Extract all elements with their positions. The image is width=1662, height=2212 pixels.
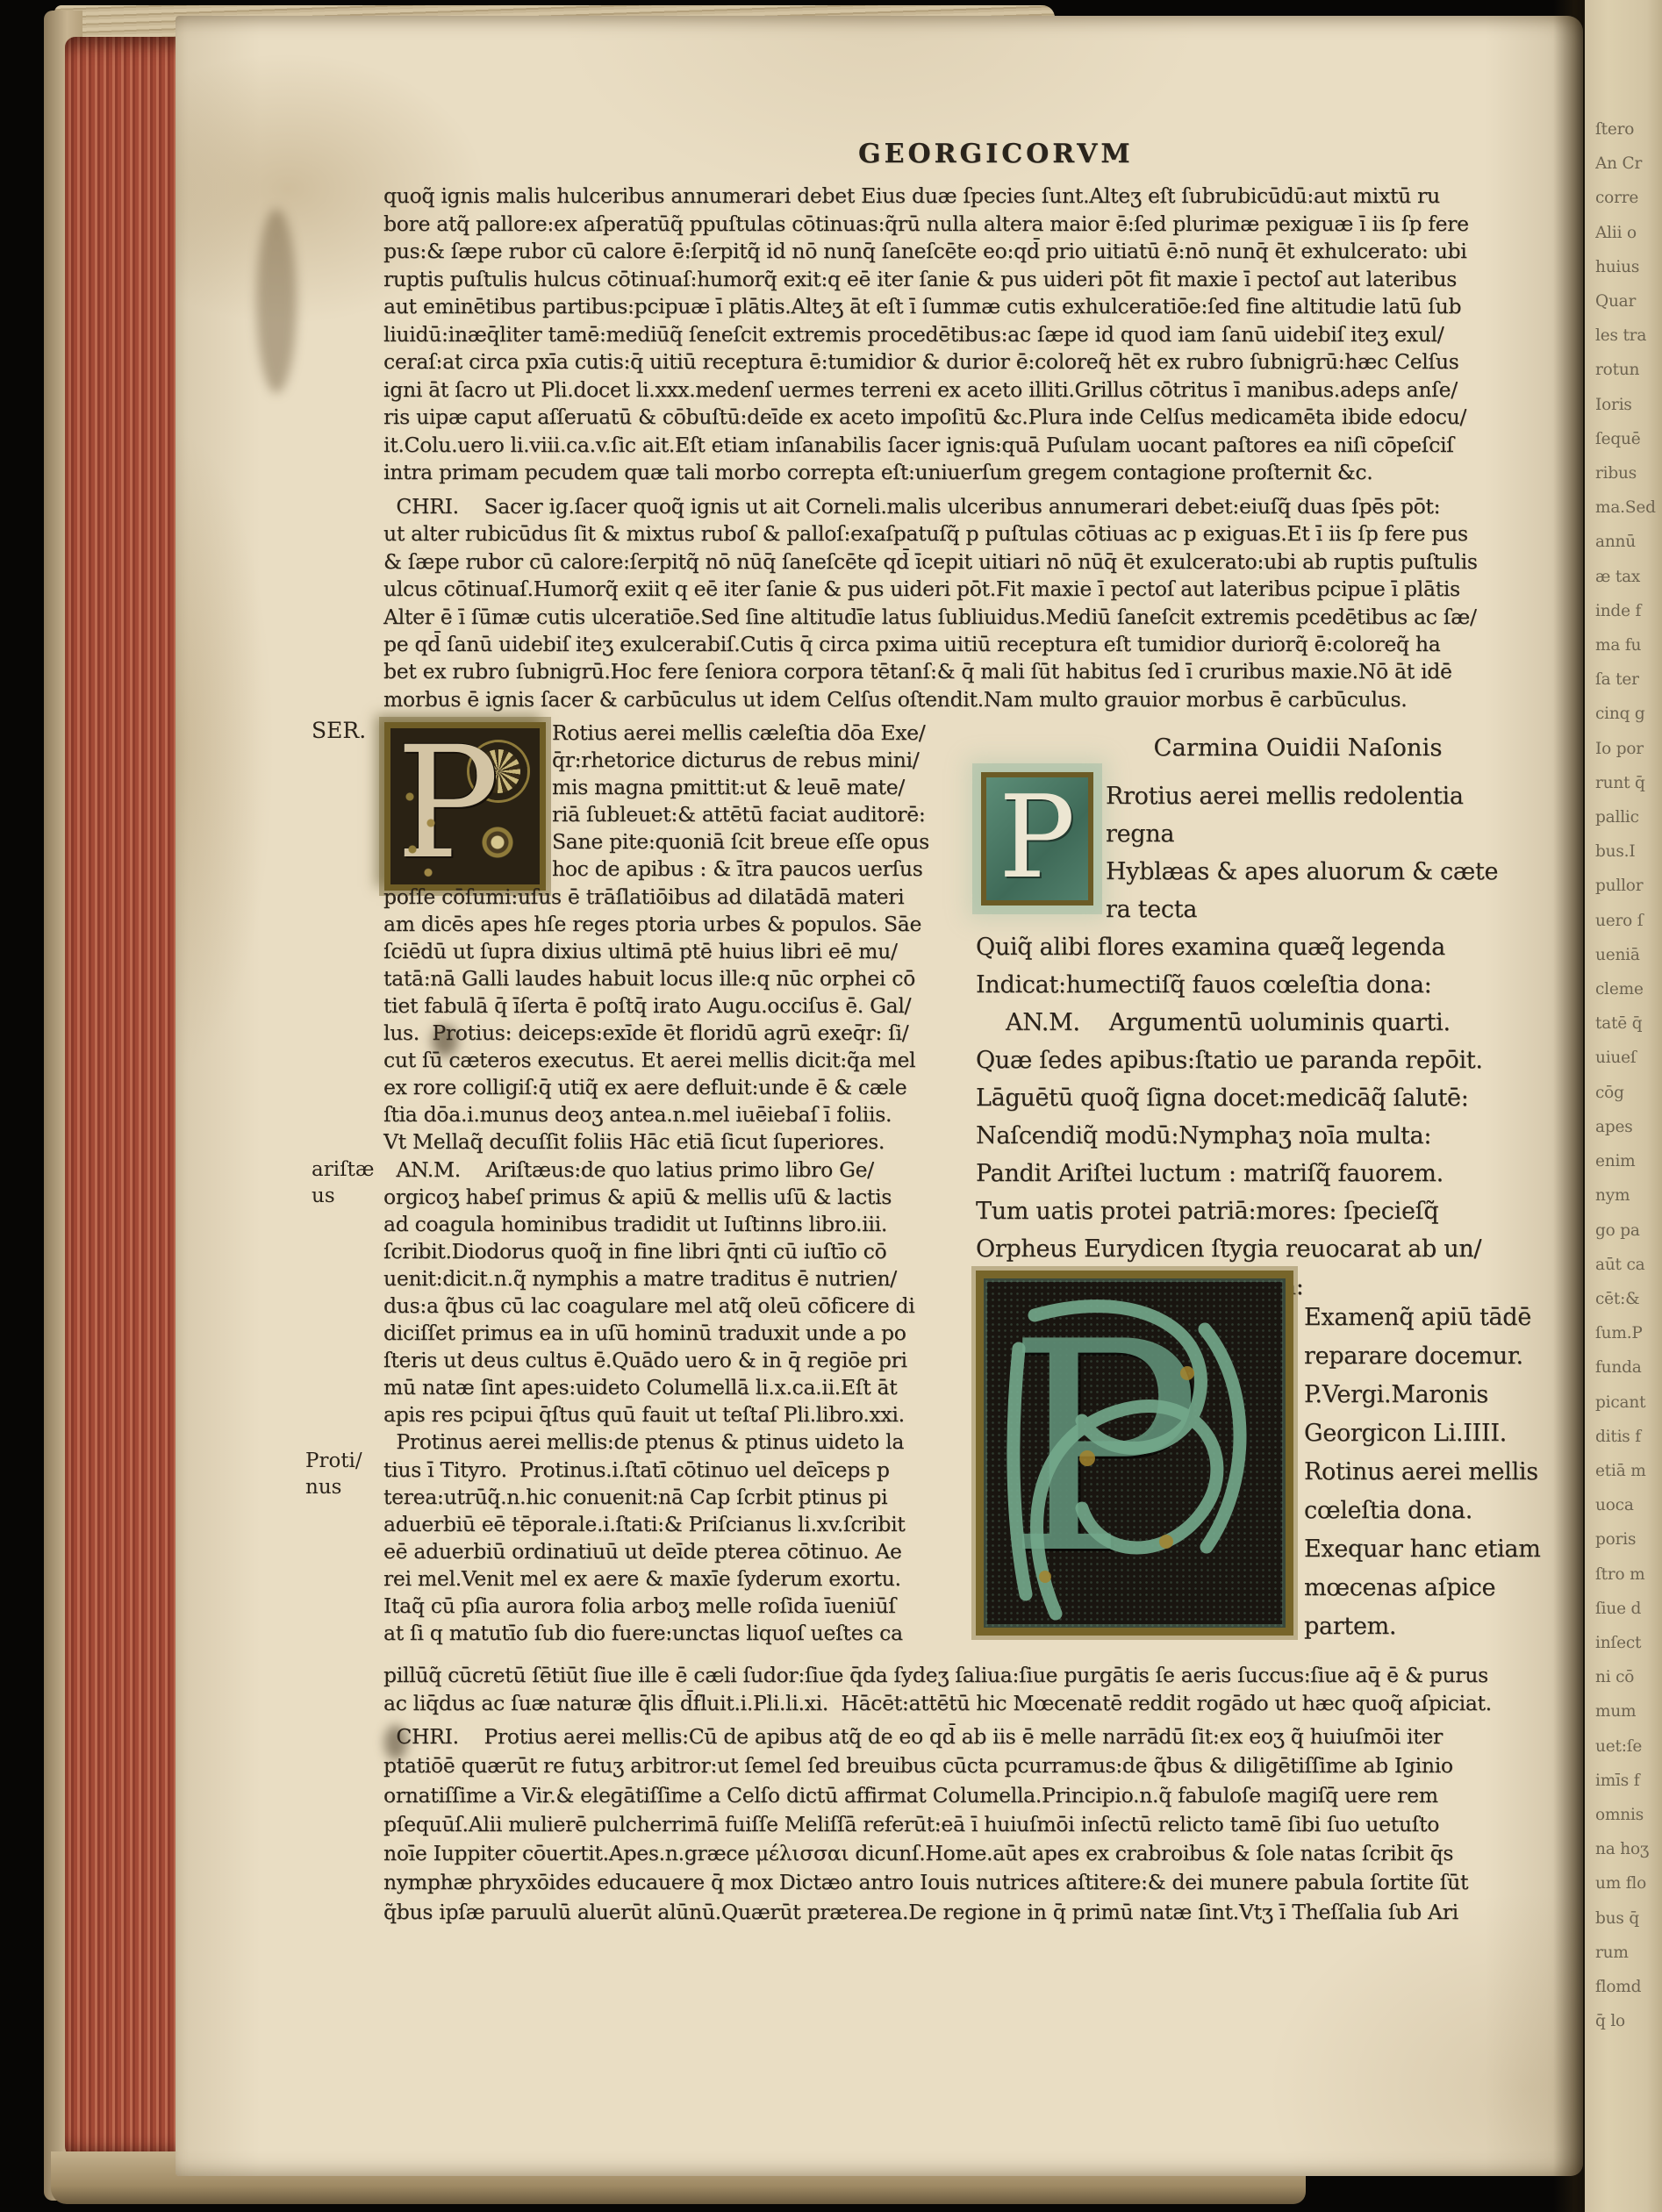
verse-line: mœcenas aſpice xyxy=(1304,1569,1585,1607)
text-line: Protinus aerei mellis:de ptenus & ptinus… xyxy=(383,1428,973,1456)
text-line: ris uipæ caput aſſeruatū & cōbuſtū:deīde… xyxy=(383,404,1573,432)
text-line: Sane pite:quoniā ſcit breue eſſe opus xyxy=(552,828,973,855)
verse-line: reparare docemur. xyxy=(1304,1337,1585,1376)
text-fragment: runt q̄ xyxy=(1595,766,1660,800)
text-fragment: ribus xyxy=(1595,456,1660,490)
commentary-block-chri-lower: CHRI. Protius aerei mellis:Cū de apibus … xyxy=(383,1722,1573,1927)
text-fragment: tatē q̄ xyxy=(1595,1006,1660,1041)
marginal-line: ariſtæ xyxy=(312,1156,374,1183)
text-fragment: Io por xyxy=(1595,732,1660,766)
text-line: eē aduerbiū ordinatiuū ut deīde pterea c… xyxy=(383,1538,973,1565)
text-line: ex rore colligiſ:q̄ utiq̃ ex aere deflui… xyxy=(383,1074,973,1101)
text-line: ruptis puſtulis hulcus cōtinuaſ:humorq̃ … xyxy=(383,266,1573,294)
text-fragment: ni cō xyxy=(1595,1660,1660,1694)
verse-line: ra tecta xyxy=(1106,891,1574,928)
text-line: tatā:nā Galli laudes habuit locus ille:q… xyxy=(383,965,973,992)
page-stain xyxy=(256,209,297,393)
text-line: AN.M. Ariſtæus:de quo latius primo libro… xyxy=(383,1156,973,1184)
text-fragment: cōg xyxy=(1595,1076,1660,1110)
verse-line: Tum uatis protei patriā:mores: ſpecieſq̃ xyxy=(976,1192,1574,1230)
text-line: poſſe cōſumi:uſus ē trāſlatiōibus ad dil… xyxy=(383,884,973,911)
text-line: ſcribit.Diodorus quoq̃ in fine libri q̄n… xyxy=(383,1238,973,1265)
text-line: q̃bus ipſæ paruulū aluerūt alūnū.Quærūt … xyxy=(383,1898,1573,1927)
text-fragment: ſequē xyxy=(1595,422,1660,456)
verse-line: Indicat:humectiſq̃ fauos cœleſtia dona: xyxy=(976,966,1574,1004)
text-line: ptatiōē quærūt re futuʒ arbitror:ut ſeme… xyxy=(383,1751,1573,1780)
text-fragment: pullor xyxy=(1595,869,1660,903)
facing-page-edge: ſteroAn CrcorreAlii ohuiusQuarles trarot… xyxy=(1585,0,1662,2212)
text-line: ſtia dōa.i.munus deoʒ antea.n.mel iuēieb… xyxy=(383,1101,973,1128)
text-fragment: flomd xyxy=(1595,1970,1660,2004)
verse-line: Rotinus aerei mellis xyxy=(1304,1453,1585,1492)
text-line: pe qd̄ ſanū uidebiſ iteʒ exulcerabiſ.Cut… xyxy=(383,631,1573,658)
text-line: nymphæ phryxōides educauere q̄ mox Dictæ… xyxy=(383,1868,1573,1897)
text-fragment: annū xyxy=(1595,525,1660,559)
text-line: morbus ē ignis ſacer & carbūculus ut ide… xyxy=(383,686,1573,713)
text-line: bet ex rubro ſubnigrū.Hoc fere ſeniora c… xyxy=(383,658,1573,685)
text-fragment: ſtero xyxy=(1595,112,1660,147)
text-fragment: ſtro m xyxy=(1595,1557,1660,1592)
text-fragment: cēt:& xyxy=(1595,1282,1660,1316)
text-line: dus:a q̃bus cū lac coagulare mel atq̃ ol… xyxy=(383,1292,973,1320)
text-fragment: Quar xyxy=(1595,284,1660,319)
text-line: apis res pcipui q̄ſtus quū fauit ut teſt… xyxy=(383,1401,973,1428)
text-fragment: inſect xyxy=(1595,1626,1660,1660)
text-fragment: huius xyxy=(1595,250,1660,284)
text-line: ad coagula hominibus tradidit ut Iuſtinn… xyxy=(383,1211,973,1238)
text-fragment: na hoʒ xyxy=(1595,1832,1660,1866)
text-fragment: cinq g xyxy=(1595,697,1660,731)
text-line: ſteris ut deus cultus ē.Quādo uero & in … xyxy=(383,1347,973,1374)
verse-line: Lāguētū quoq̃ ſigna docet:medicāq̃ ſalut… xyxy=(976,1079,1574,1117)
text-fragment: um flo xyxy=(1595,1866,1660,1901)
text-line: & ſæpe rubor cū calore:ſerpitq̃ nō nūq̄ … xyxy=(383,548,1573,576)
text-line: riā ſubleuet:& attētū faciat auditorē: xyxy=(552,801,973,828)
text-fragment: picant xyxy=(1595,1385,1660,1420)
marginal-note-aristaeus: ariſtæus xyxy=(312,1156,374,1209)
text-line: lus. Protius: deiceps:exīde ēt floridū a… xyxy=(383,1020,973,1047)
verse-line: Pandit Ariſtei luctum : matriſq̃ fauorem… xyxy=(976,1155,1574,1192)
text-line: CHRI. Protius aerei mellis:Cū de apibus … xyxy=(383,1722,1573,1751)
text-fragment: ſa ter xyxy=(1595,662,1660,697)
verse-line: Rrotius aerei mellis redolentia xyxy=(1106,777,1574,815)
ovid-verse-heading: Carmina Ouidii Naſonis xyxy=(976,734,1571,762)
text-fragment: bus.I xyxy=(1595,834,1660,869)
text-fragment: q̄ lo xyxy=(1595,2004,1660,2038)
text-line: ornatiſſime a Vir.& elegātiſſime a Celſo… xyxy=(383,1781,1573,1810)
interlace-ornament xyxy=(984,1278,1286,1628)
verse-line: Hyblæas & apes aluorum & cæte xyxy=(1106,853,1574,891)
text-fragment: rotun xyxy=(1595,353,1660,387)
verse-beside-large-initial: Examenq̃ apiū tādēreparare docemur.P.Ver… xyxy=(1304,1299,1585,1646)
text-fragment: bus q̄ xyxy=(1595,1901,1660,1936)
text-line: cut ſū cæteros executus. Et aerei mellis… xyxy=(383,1047,973,1074)
text-fragment: imīs f xyxy=(1595,1764,1660,1798)
text-fragment: uoca xyxy=(1595,1488,1660,1522)
text-line: at ſi q matutīo ſub dio fuere:unctas liq… xyxy=(383,1620,973,1647)
text-fragment: An Cr xyxy=(1595,147,1660,181)
text-fragment: go pa xyxy=(1595,1213,1660,1248)
text-fragment: mum xyxy=(1595,1694,1660,1729)
text-fragment: corre xyxy=(1595,181,1660,215)
text-line: Rotius aerei mellis cæleſtia dōa Exe/ xyxy=(552,719,973,747)
text-fragment: apes xyxy=(1595,1110,1660,1144)
text-fragment: ma fu xyxy=(1595,628,1660,662)
verse-line: Exequar hanc etiam xyxy=(1304,1530,1585,1569)
text-fragment: omnis xyxy=(1595,1798,1660,1832)
text-fragment: etiā m xyxy=(1595,1454,1660,1488)
verse-column: Rrotius aerei mellis redolentiaregnaHybl… xyxy=(976,777,1574,1306)
woodcut-initial-p-large: P xyxy=(976,1271,1293,1636)
text-line: pus:& ſæpe rubor cū calore ē:ſerpitq̃ id… xyxy=(383,238,1573,266)
text-line: mis magna pmittit:ut & leuē mate/ xyxy=(552,774,973,801)
text-line: Alter ē ī ſūmæ cutis ulceratiōe.Sed ſine… xyxy=(383,604,1573,631)
text-line: pſequūſ.Alii mulierē pulcherrimā fuiſſe … xyxy=(383,1810,1573,1839)
marginal-line: us xyxy=(312,1183,374,1209)
facing-page-text-fragments: ſteroAn CrcorreAlii ohuiusQuarles trarot… xyxy=(1595,112,1660,2038)
book-page: GEORGICORVM quoq̃ ignis malis hulceribus… xyxy=(176,16,1583,2176)
verse-line: cœleſtia dona. xyxy=(1304,1492,1585,1530)
text-line: aut eminētibus partibus:pcipuæ ī plātis.… xyxy=(383,293,1573,321)
text-line: am dicēs apes hſe reges ptoria urbes & p… xyxy=(383,911,973,938)
text-fragment: aūt ca xyxy=(1595,1248,1660,1282)
verse-line: AN.M. Argumentū uoluminis quarti. xyxy=(1006,1004,1574,1042)
commentary-block-chri-upper: CHRI. Sacer ig.ſacer quoq̃ ignis ut ait … xyxy=(383,493,1573,713)
text-line: it.Colu.uero li.viii.ca.v.ſic ait.Eſt et… xyxy=(383,432,1573,460)
commentary-block-celsus: quoq̃ ignis malis hulceribus annumerari … xyxy=(383,183,1573,487)
marginal-note-ser: SER. xyxy=(312,718,366,743)
text-line: pillūq̃ cūcretū ſētiūt ſiue ille ē cæli … xyxy=(383,1661,1573,1689)
text-fragment: uiueſ xyxy=(1595,1041,1660,1075)
text-fragment: uero ſ xyxy=(1595,904,1660,938)
text-line: ceraſ:at circa pxīa cutis:q̄ uitiū recep… xyxy=(383,348,1573,376)
text-fragment: rum xyxy=(1595,1936,1660,1970)
marginal-note-protinus: Proti/nus xyxy=(305,1448,362,1500)
text-fragment: poris xyxy=(1595,1522,1660,1557)
text-line: ac liq̄dus ac ſuæ naturæ q̄lis d̄fluit.i… xyxy=(383,1689,1573,1717)
text-line: aduerbiū eē tēporale.i.ſtati:& Priſcianu… xyxy=(383,1511,973,1538)
verse-line: P.Vergi.Maronis xyxy=(1304,1376,1585,1414)
text-line: tius ī Tityro. Protinus.i.ſtatī cōtinuo … xyxy=(383,1457,973,1484)
text-fragment: funda xyxy=(1595,1350,1660,1385)
text-line: intra primam pecudem quæ tali morbo corr… xyxy=(383,459,1573,487)
verse-line: regna xyxy=(1106,815,1574,853)
text-fragment: æ tax xyxy=(1595,560,1660,594)
text-line: orgicoʒ habeſ primus & apiū & mellis uſū… xyxy=(383,1184,973,1211)
text-line: uenit:dicit.n.q̃ nymphis a matre traditu… xyxy=(383,1265,973,1292)
text-line: tiet fabulā q̄ īſerta ē poſtq̄ irato Aug… xyxy=(383,992,973,1020)
text-fragment: cleme xyxy=(1595,972,1660,1006)
running-head: GEORGICORVM xyxy=(858,139,1134,169)
text-line: igni āt ſacro ut Pli.docet li.xxx.medenſ… xyxy=(383,376,1573,404)
text-line: noīe Iuppiter cōuertit.Apes.n.græce μέλι… xyxy=(383,1839,1573,1868)
text-line: bore atq̃ pallore:ex aſperatūq̃ ppuſtula… xyxy=(383,211,1573,239)
marginal-line: Proti/ xyxy=(305,1448,362,1474)
verse-line: Examenq̃ apiū tādē xyxy=(1304,1299,1585,1337)
text-fragment: les tra xyxy=(1595,319,1660,353)
text-fragment: ſiue d xyxy=(1595,1592,1660,1626)
text-line: Itaq̃ cū pſia aurora folia arboʒ melle r… xyxy=(383,1593,973,1620)
verse-line: partem. xyxy=(1304,1607,1585,1646)
text-fragment: uet:ſe xyxy=(1595,1729,1660,1764)
text-fragment: Alii o xyxy=(1595,216,1660,250)
text-fragment: ſum.P xyxy=(1595,1316,1660,1350)
verse-line: Quiq̃ alibi flores examina quæq̃ legenda xyxy=(976,928,1574,966)
text-line: mū natæ ſint apes:uideto Columellā li.x.… xyxy=(383,1374,973,1401)
text-fragment: enim xyxy=(1595,1144,1660,1178)
left-column-commentary: Rotius aerei mellis cæleſtia dōa Exe/q̄r… xyxy=(383,719,973,1647)
text-line: terea:utrūq̃.n.hic conuenit:nā Cap ſcrbi… xyxy=(383,1484,973,1511)
text-fragment: inde f xyxy=(1595,594,1660,628)
text-fragment: pallic xyxy=(1595,800,1660,834)
text-line: q̄r:rhetorice dicturus de rebus mini/ xyxy=(552,747,973,774)
text-fragment: Ioris xyxy=(1595,388,1660,422)
verse-line: Orpheus Eurydicen ſtygia reuocarat ab un… xyxy=(976,1230,1574,1268)
text-line: diciſſet primus ea in uſū hominū traduxi… xyxy=(383,1320,973,1347)
text-line: hoc de apibus : & ītra paucos uerſus xyxy=(552,855,973,883)
text-line: Vt Mellaq̃ decuſſit foliis Hāc etiā ſicu… xyxy=(383,1128,973,1156)
red-fore-edge-page-block xyxy=(65,37,183,2158)
text-line: CHRI. Sacer ig.ſacer quoq̃ ignis ut ait … xyxy=(383,493,1573,520)
text-line: rei mel.Venit mel ex aere & maxīe ſyderu… xyxy=(383,1565,973,1593)
text-fragment: ueniā xyxy=(1595,938,1660,972)
text-fragment: ditis f xyxy=(1595,1420,1660,1454)
photograph-of-incunable-book: GEORGICORVM quoq̃ ignis malis hulceribus… xyxy=(0,0,1662,2212)
text-line: ulcus cōtinuaſ.Humorq̃ exiit q eē iter ſ… xyxy=(383,576,1573,603)
text-line: liuidū:inæq̄liter tamē:mediūq̃ ſeneſcit … xyxy=(383,321,1573,349)
verse-line: Quæ ſedes apibus:ſtatio ue paranda repōi… xyxy=(976,1042,1574,1079)
text-line: ut alter rubicūdus ſit & mixtus ruboſ & … xyxy=(383,520,1573,548)
verse-line: Georgicon Li.IIII. xyxy=(1304,1414,1585,1453)
text-fragment: ma.Sed xyxy=(1595,490,1660,525)
text-line: ſciēdū ut ſupra dixius ultimā ptē huius … xyxy=(383,938,973,965)
text-fragment: nym xyxy=(1595,1178,1660,1213)
verse-line: Naſcendiq̃ modū:Nymphaʒ noīa multa: xyxy=(976,1117,1574,1155)
text-line: quoq̃ ignis malis hulceribus annumerari … xyxy=(383,183,1573,211)
full-width-commentary-lines: pillūq̃ cūcretū ſētiūt ſiue ille ē cæli … xyxy=(383,1661,1573,1717)
marginal-line: nus xyxy=(305,1474,362,1500)
